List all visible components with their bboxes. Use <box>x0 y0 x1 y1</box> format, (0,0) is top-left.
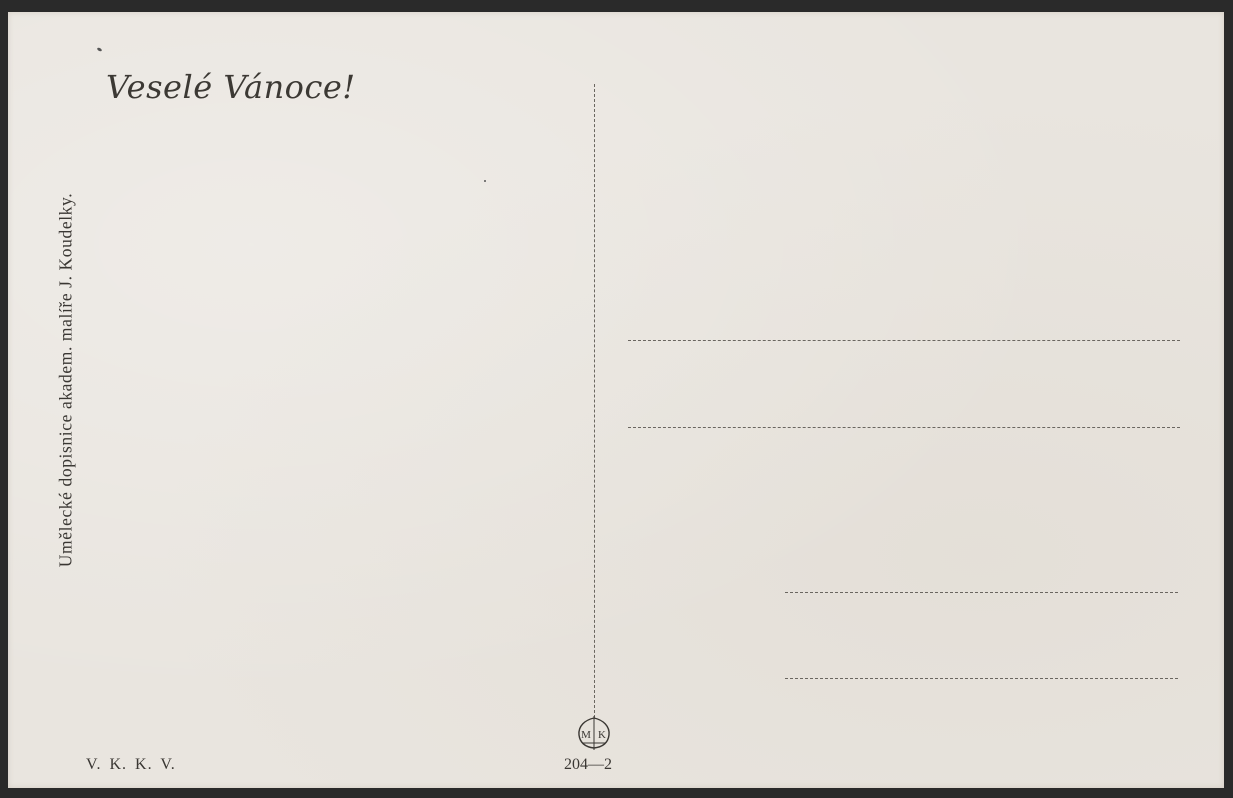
paper-speck <box>97 47 103 52</box>
address-line-4 <box>785 678 1178 679</box>
address-line-2 <box>628 427 1180 428</box>
address-line-3 <box>785 592 1178 593</box>
artist-credit: Umělecké dopisnice akadem. malíře J. Kou… <box>56 193 77 567</box>
svg-text:K: K <box>598 729 606 741</box>
mk-leaf-monogram-icon: M K <box>575 716 613 752</box>
paper-speck <box>484 180 486 182</box>
address-line-1 <box>628 340 1180 341</box>
message-address-divider <box>594 84 595 718</box>
postcard: Veselé Vánoce! Umělecké dopisnice akadem… <box>8 12 1224 788</box>
greeting-title: Veselé Vánoce! <box>106 68 356 106</box>
publisher-initials: V. K. K. V. <box>86 756 176 774</box>
series-number: 204—2 <box>564 756 612 774</box>
svg-text:M: M <box>581 729 591 741</box>
